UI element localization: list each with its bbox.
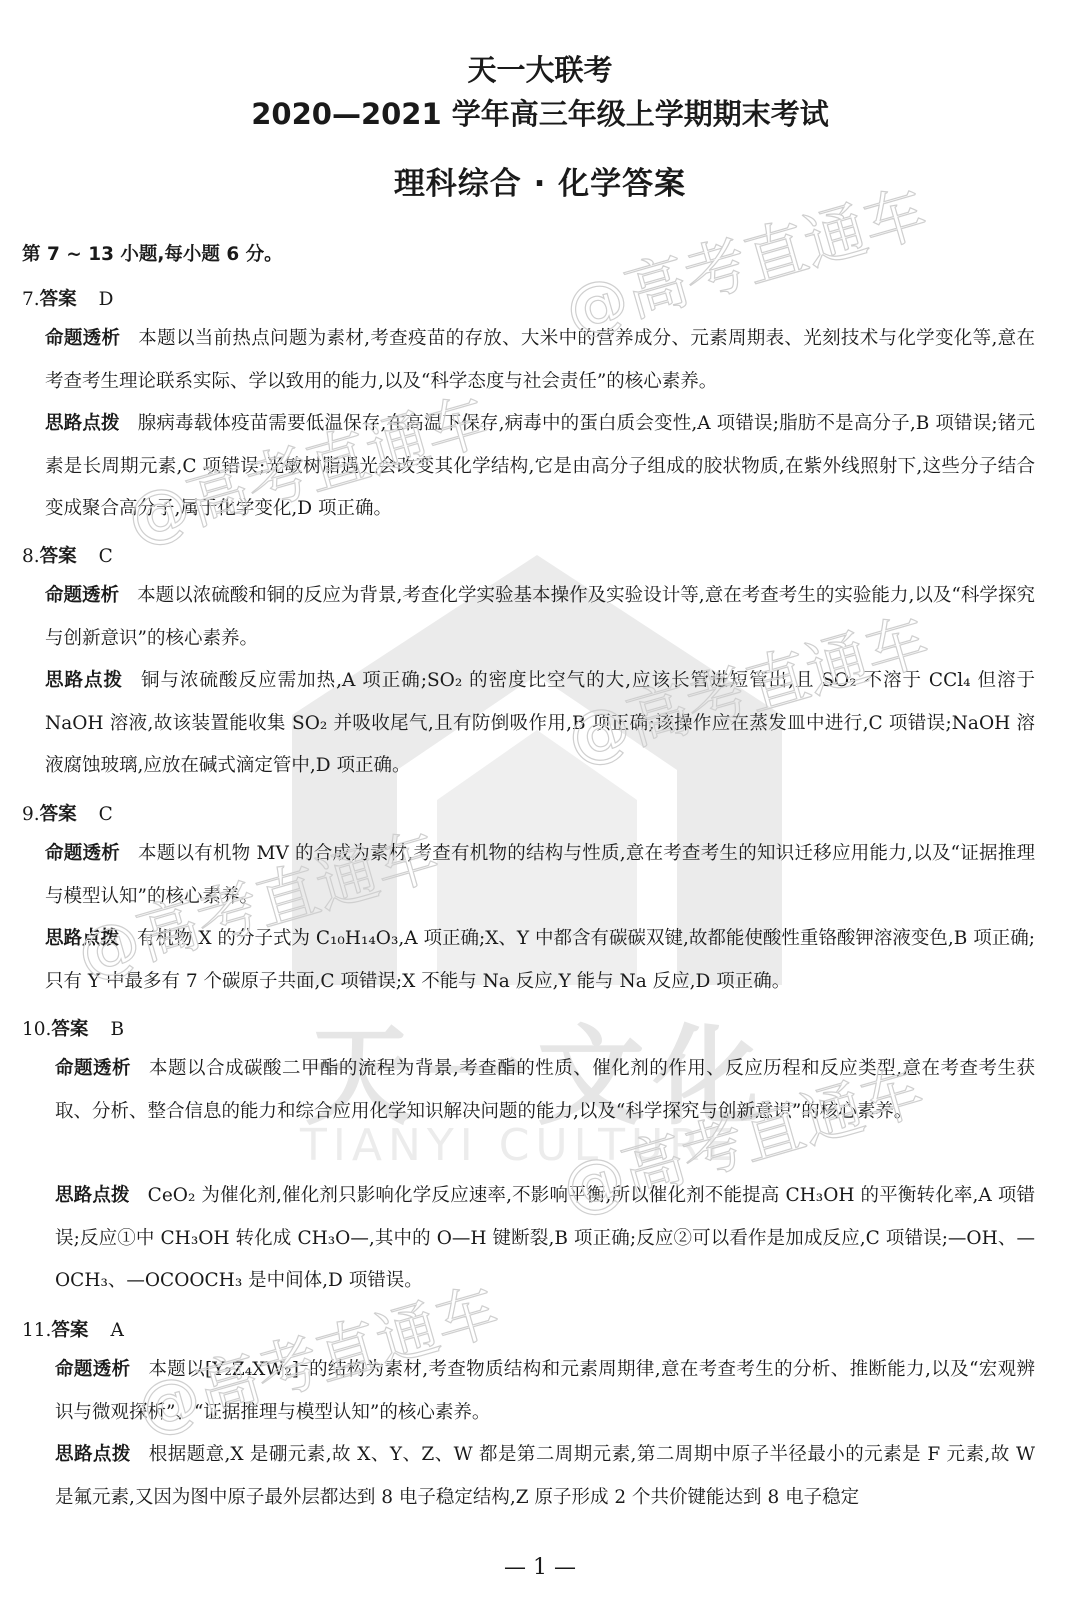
analysis-label: 命题透析 [55,1058,131,1079]
hint-text: 有机物 X 的分子式为 C₁₀H₁₄O₃,A 项正确;X、Y 中都含有碳碳双键,… [45,928,1035,992]
answer-label: 答案 [51,1019,88,1040]
hint-label: 思路点拨 [45,413,120,434]
exam-title: 2020—2021 学年高三年级上学期期末考试 [0,92,1080,133]
analysis-label: 命题透析 [45,585,119,606]
question-11-hint: 思路点拨根据题意,X 是硼元素,故 X、Y、Z、W 都是第二周期元素,第二周期中… [55,1434,1035,1519]
subject-title: 理科综合 · 化学答案 [0,158,1080,203]
question-11-analysis: 命题透析本题以[Y₂Z₄XW₂]⁻的结构为素材,考查物质结构和元素周期律,意在考… [55,1349,1035,1434]
question-9-header: 9.答案C [22,800,113,826]
hint-text: CeO₂ 为催化剂,催化剂只影响化学反应速率,不影响平衡,所以催化剂不能提高 C… [55,1185,1035,1291]
exam-org-title: 天一大联考 [0,48,1080,89]
question-11-header: 11.答案A [22,1316,124,1342]
answer-value: B [110,1019,124,1040]
section-intro: 第 7 ~ 13 小题,每小题 6 分。 [22,240,283,266]
hint-text: 铜与浓硫酸反应需加热,A 项正确;SO₂ 的密度比空气的大,应该长管进短管出,且… [45,670,1035,776]
answer-label: 答案 [40,546,77,567]
question-7-hint: 思路点拨腺病毒载体疫苗需要低温保存,在高温下保存,病毒中的蛋白质会变性,A 项错… [45,403,1035,531]
answer-value: D [99,289,114,310]
analysis-label: 命题透析 [45,843,120,864]
question-number: 10. [22,1019,51,1040]
question-number: 7. [22,289,40,310]
analysis-label: 命题透析 [45,328,120,349]
answer-value: C [99,546,113,567]
hint-label: 思路点拨 [55,1444,131,1465]
question-9-hint: 思路点拨有机物 X 的分子式为 C₁₀H₁₄O₃,A 项正确;X、Y 中都含有碳… [45,918,1035,1003]
answer-value: C [99,804,113,825]
question-10-header: 10.答案B [22,1015,124,1041]
page-number: — 1 — [0,1555,1080,1580]
hint-label: 思路点拨 [55,1185,130,1206]
analysis-text: 本题以合成碳酸二甲酯的流程为背景,考查酯的性质、催化剂的作用、反应历程和反应类型… [55,1058,1035,1122]
question-number: 8. [22,546,40,567]
analysis-label: 命题透析 [55,1359,130,1380]
answer-label: 答案 [40,289,77,310]
hint-text: 根据题意,X 是硼元素,故 X、Y、Z、W 都是第二周期元素,第二周期中原子半径… [55,1444,1035,1508]
question-number: 9. [22,804,40,825]
question-number: 11. [22,1320,51,1341]
question-9-analysis: 命题透析本题以有机物 MV 的合成为素材,考查有机物的结构与性质,意在考查考生的… [45,833,1035,918]
question-8-hint: 思路点拨铜与浓硫酸反应需加热,A 项正确;SO₂ 的密度比空气的大,应该长管进短… [45,660,1035,788]
hint-label: 思路点拨 [45,670,123,691]
analysis-text: 本题以当前热点问题为素材,考查疫苗的存放、大米中的营养成分、元素周期表、光刻技术… [45,328,1035,392]
question-8-analysis: 命题透析本题以浓硫酸和铜的反应为背景,考查化学实验基本操作及实验设计等,意在考查… [45,575,1035,660]
question-7-header: 7.答案D [22,285,114,311]
analysis-text: 本题以浓硫酸和铜的反应为背景,考查化学实验基本操作及实验设计等,意在考查考生的实… [45,585,1035,649]
question-10-hint: 思路点拨CeO₂ 为催化剂,催化剂只影响化学反应速率,不影响平衡,所以催化剂不能… [55,1175,1035,1303]
analysis-text: 本题以[Y₂Z₄XW₂]⁻的结构为素材,考查物质结构和元素周期律,意在考查考生的… [55,1359,1035,1423]
question-8-header: 8.答案C [22,542,113,568]
answer-value: A [110,1320,123,1341]
question-7-analysis: 命题透析本题以当前热点问题为素材,考查疫苗的存放、大米中的营养成分、元素周期表、… [45,318,1035,403]
hint-label: 思路点拨 [45,928,119,949]
hint-text: 腺病毒载体疫苗需要低温保存,在高温下保存,病毒中的蛋白质会变性,A 项错误;脂肪… [45,413,1035,519]
analysis-text: 本题以有机物 MV 的合成为素材,考查有机物的结构与性质,意在考查考生的知识迁移… [45,843,1035,907]
answer-label: 答案 [51,1320,88,1341]
answer-label: 答案 [40,804,77,825]
question-10-analysis: 命题透析本题以合成碳酸二甲酯的流程为背景,考查酯的性质、催化剂的作用、反应历程和… [55,1048,1035,1133]
